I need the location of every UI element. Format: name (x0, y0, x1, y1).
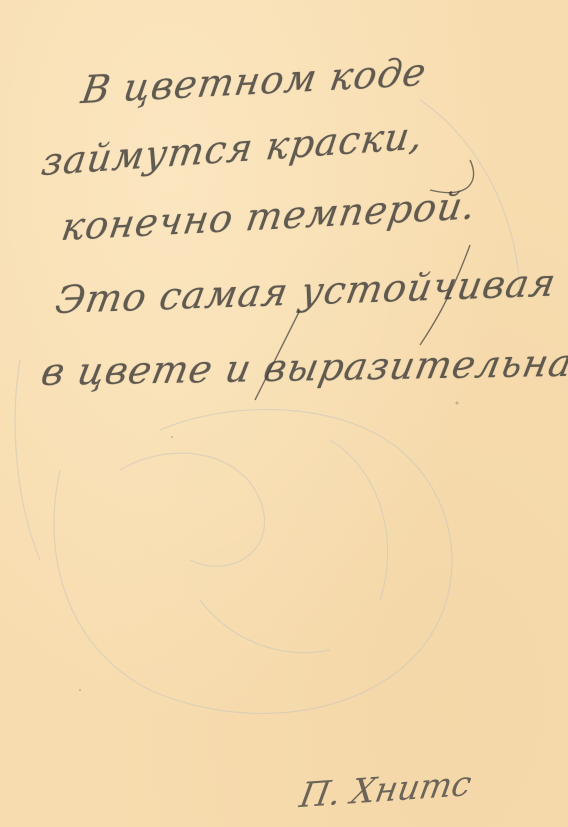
handwritten-line-5: в цвете и выразительная. (38, 340, 568, 394)
